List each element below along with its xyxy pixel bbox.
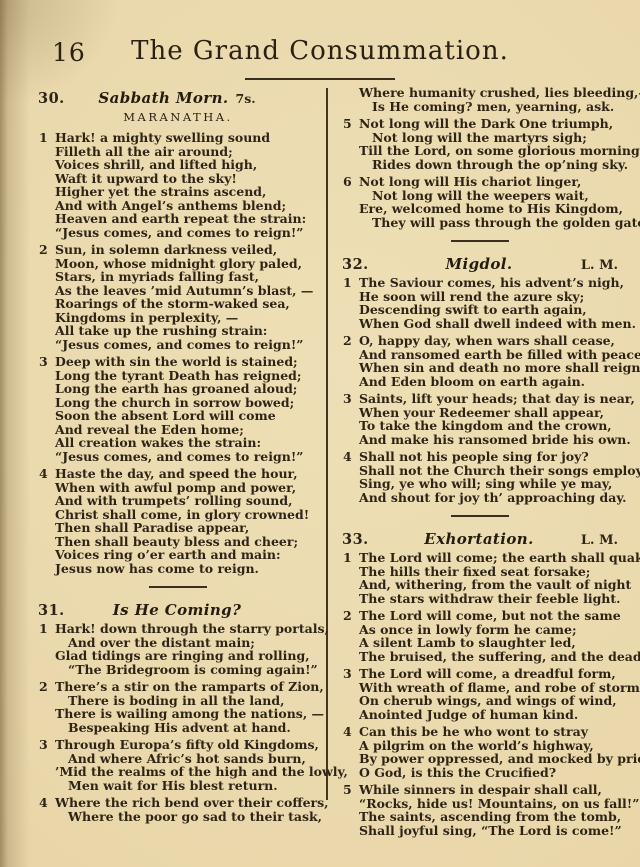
verse-line: And ransomed earth be filled with peace:	[359, 348, 618, 362]
verse: 1Hark! down through the starry portals,A…	[38, 622, 318, 676]
verse-line: And where Afric’s hot sands burn,	[55, 752, 318, 766]
verse-line: They will pass through the golden gate!	[359, 216, 618, 230]
hymn-number: 31.	[38, 602, 76, 619]
verse-number: 3	[343, 667, 352, 681]
verse-line: To take the kingdom and the crown,	[359, 419, 618, 433]
verse: 3Saints, lift your heads; that day is ne…	[342, 392, 618, 446]
verse-line: Not long will the Dark One triumph,	[359, 117, 618, 131]
verse-line: The Lord will come, but not the same	[359, 609, 618, 623]
verse-number: 2	[343, 334, 352, 348]
verse-line: Where humanity crushed, lies bleeding,—	[359, 86, 618, 100]
verse-line: When your Redeemer shall appear,	[359, 406, 618, 420]
verse-number: 1	[343, 551, 352, 565]
verse-line: Sun, in solemn darkness veiled,	[55, 243, 318, 257]
verse-number: 3	[39, 355, 48, 369]
hymn-heading: 30.Sabbath Morn.7s.	[38, 88, 318, 107]
hymn-title-group: Exhortation.	[380, 529, 578, 548]
verse-line: “Jesus comes, and comes to reign!”	[55, 338, 318, 352]
verse: 5While sinners in despair shall call,“Ro…	[342, 783, 618, 837]
verse: 4Shall not his people sing for joy?Shall…	[342, 450, 618, 504]
verse: 6Not long will His chariot linger,Not lo…	[342, 175, 618, 229]
verse-number: 6	[343, 175, 352, 189]
verse-line: By power oppressed, and mocked by pride?	[359, 752, 618, 766]
hymnal-page: 16 The Grand Consummation. 30.Sabbath Mo…	[0, 0, 640, 867]
verse-number: 4	[39, 467, 48, 481]
verse-line: Till the Lord, on some glorious morning,	[359, 144, 618, 158]
verse: Where humanity crushed, lies bleeding,—I…	[342, 86, 618, 113]
verse-line: The Lord will come, a dreadful form,	[359, 667, 618, 681]
hymn-31: 31.Is He Coming?1Hark! down through the …	[38, 600, 318, 823]
verse-number: 1	[39, 622, 48, 636]
verse: 2The Lord will come, but not the sameAs …	[342, 609, 618, 663]
verse-line: “The Bridegroom is coming again!”	[55, 663, 318, 677]
hymn-30: 30.Sabbath Morn.7s.MARANATHA.1Hark! a mi…	[38, 88, 318, 575]
verse-number: 2	[39, 680, 48, 694]
verse-line: Long the earth has groaned aloud;	[55, 382, 318, 396]
verse-line: Saints, lift your heads; that day is nea…	[359, 392, 618, 406]
verse-line: Sing, ye who will; sing while ye may,	[359, 477, 618, 491]
verse-line: ’Mid the realms of the high and the lowl…	[55, 765, 318, 779]
verse-line: Is He coming? men, yearning, ask.	[359, 100, 618, 114]
hymn-title: Is He Coming?	[113, 601, 242, 619]
verse-line: Filleth all the air around;	[55, 145, 318, 159]
verse-line: While sinners in despair shall call,	[359, 783, 618, 797]
hymn-title: Sabbath Morn.	[98, 89, 228, 107]
verse-line: And, withering, from the vault of night	[359, 578, 618, 592]
verse-line: Haste the day, and speed the hour,	[55, 467, 318, 481]
hymn-33: 33.Exhortation.L. M.1The Lord will come;…	[342, 529, 618, 837]
verse: 3The Lord will come, a dreadful form,Wit…	[342, 667, 618, 721]
verse-line: Waft it upward to the sky!	[55, 172, 318, 186]
verse-number: 3	[343, 392, 352, 406]
verse-line: There is wailing among the nations, —	[55, 707, 318, 721]
verse-line: And make his ransomed bride his own.	[359, 433, 618, 447]
verse-line: Kingdoms in perplexity, —	[55, 311, 318, 325]
hymn-title-group: Is He Coming?	[76, 600, 278, 619]
verse: 1The Lord will come; the earth shall qua…	[342, 551, 618, 605]
verse-line: The Saviour comes, his advent’s nigh,	[359, 276, 618, 290]
verse-line: Where the rich bend over their coffers,	[55, 796, 318, 810]
verse-number: 1	[343, 276, 352, 290]
verse-line: The bruised, the suffering, and the dead…	[359, 650, 618, 664]
hymn-number: 32.	[342, 256, 380, 273]
verse-line: O God, is this the Crucified?	[359, 766, 618, 780]
verse-line: Voices shrill, and lifted high,	[55, 158, 318, 172]
right-column: Where humanity crushed, lies bleeding,—I…	[342, 86, 618, 841]
verse-line: All creation wakes the strain:	[55, 436, 318, 450]
hymn-title-group: Migdol.	[380, 254, 578, 273]
verse: 1Hark! a mighty swelling soundFilleth al…	[38, 131, 318, 239]
verse-line: Higher yet the strains ascend,	[55, 185, 318, 199]
verse-line: When God shall dwell indeed with men.	[359, 317, 618, 331]
verse-line: The stars withdraw their feeble light.	[359, 592, 618, 606]
verse-line: There is boding in all the land,	[55, 694, 318, 708]
verse-line: Soon the absent Lord will come	[55, 409, 318, 423]
verse-line: As the leaves ’mid Autumn’s blast, —	[55, 284, 318, 298]
verse-line: The Lord will come; the earth shall quak…	[359, 551, 618, 565]
verse-line: On cherub wings, and wings of wind,	[359, 694, 618, 708]
verse-line: Hark! down through the starry portals,	[55, 622, 318, 636]
verse-line: When with awful pomp and power,	[55, 481, 318, 495]
verse-number: 2	[39, 243, 48, 257]
verse-line: Not long will the weepers wait,	[359, 189, 618, 203]
verse-line: And with Angel’s anthems blend;	[55, 199, 318, 213]
verse-number: 1	[39, 131, 48, 145]
verse-line: “Rocks, hide us! Mountains, on us fall!”	[359, 797, 618, 811]
verse: 2O, happy day, when wars shall cease,And…	[342, 334, 618, 388]
verse: 2Sun, in solemn darkness veiled,Moon, wh…	[38, 243, 318, 351]
verse-line: And with trumpets’ rolling sound,	[55, 494, 318, 508]
section-divider-rule	[451, 515, 509, 517]
verse-line: And shout for joy th’ approaching day.	[359, 491, 618, 505]
verse-line: Not long will the martyrs sigh;	[359, 131, 618, 145]
verse-line: The saints, ascending from the tomb,	[359, 810, 618, 824]
verse-line: Christ shall come, in glory crowned!	[55, 508, 318, 522]
verse: 4Haste the day, and speed the hour,When …	[38, 467, 318, 575]
verse-line: Where the poor go sad to their task,	[55, 810, 318, 824]
verse-line: There’s a stir on the ramparts of Zion,	[55, 680, 318, 694]
hymn-continuation: Where humanity crushed, lies bleeding,—I…	[342, 86, 618, 229]
verse-line: The hills their fixed seat forsake;	[359, 565, 618, 579]
verse-line: Moon, whose midnight glory paled,	[55, 257, 318, 271]
verse-line: Hark! a mighty swelling sound	[55, 131, 318, 145]
verse: 2There’s a stir on the ramparts of Zion,…	[38, 680, 318, 734]
verse-line: A silent Lamb to slaughter led,	[359, 636, 618, 650]
title-rule	[245, 78, 395, 80]
hymn-number: 30.	[38, 90, 76, 107]
verse-line: Jesus now has come to reign.	[55, 562, 318, 576]
verse: 5Not long will the Dark One triumph,Not …	[342, 117, 618, 171]
verse: 4Where the rich bend over their coffers,…	[38, 796, 318, 823]
verse-number: 4	[343, 450, 352, 464]
hymn-number: 33.	[342, 531, 380, 548]
verse-line: He soon will rend the azure sky;	[359, 290, 618, 304]
verse-line: Then shall Paradise appear,	[55, 521, 318, 535]
verse: 3Through Europa’s fifty old Kingdoms,And…	[38, 738, 318, 792]
verse-line: Then shall beauty bless and cheer;	[55, 535, 318, 549]
verse-line: Rides down through the op’ning sky.	[359, 158, 618, 172]
verse-line: Glad tidings are ringing and rolling,	[55, 649, 318, 663]
verse-line: Can this be he who wont to stray	[359, 725, 618, 739]
column-divider-rule	[326, 88, 328, 800]
hymn-meter: L. M.	[578, 533, 618, 548]
verse-line: Through Europa’s fifty old Kingdoms,	[55, 738, 318, 752]
verse-line: A pilgrim on the world’s highway,	[359, 739, 618, 753]
verse-line: Heaven and earth repeat the strain:	[55, 212, 318, 226]
verse-line: All take up the rushing strain:	[55, 324, 318, 338]
hymn-title: Exhortation.	[424, 530, 533, 548]
page-title: The Grand Consummation.	[0, 36, 640, 66]
verse-line: Bespeaking His advent at hand.	[55, 721, 318, 735]
verse-line: Ere, welcomed home to His Kingdom,	[359, 202, 618, 216]
verse-line: Anointed Judge of human kind.	[359, 708, 618, 722]
verse: 1The Saviour comes, his advent’s nigh,He…	[342, 276, 618, 330]
tune-name: MARANATHA.	[38, 110, 318, 124]
verse-line: Shall not his people sing for joy?	[359, 450, 618, 464]
hymn-title-group: Sabbath Morn.7s.	[76, 88, 278, 107]
verse-line: Men wait for His blest return.	[55, 779, 318, 793]
verse-line: Deep with sin the world is stained;	[55, 355, 318, 369]
verse-number: 4	[343, 725, 352, 739]
verse-line: O, happy day, when wars shall cease,	[359, 334, 618, 348]
verse-line: And reveal the Eden home;	[55, 423, 318, 437]
left-column: 30.Sabbath Morn.7s.MARANATHA.1Hark! a mi…	[38, 86, 318, 827]
verse-number: 2	[343, 609, 352, 623]
verse-number: 5	[343, 783, 352, 797]
verse-line: Long the church in sorrow bowed;	[55, 396, 318, 410]
hymn-meter: 7s.	[236, 91, 256, 106]
verse: 4Can this be he who wont to strayA pilgr…	[342, 725, 618, 779]
verse-line: And Eden bloom on earth again.	[359, 375, 618, 389]
verse-line: Roarings of the storm-waked sea,	[55, 297, 318, 311]
verse-line: Not long will His chariot linger,	[359, 175, 618, 189]
verse-line: Voices ring o’er earth and main:	[55, 548, 318, 562]
verse-line: Shall not the Church their songs employ?	[359, 464, 618, 478]
verse-line: “Jesus comes, and comes to reign!”	[55, 450, 318, 464]
verse-number: 5	[343, 117, 352, 131]
verse-line: Stars, in myriads falling fast,	[55, 270, 318, 284]
verse-line: With wreath of flame, and robe of storm,	[359, 681, 618, 695]
verse-line: And over the distant main;	[55, 636, 318, 650]
hymn-heading: 32.Migdol.L. M.	[342, 254, 618, 273]
hymn-title: Migdol.	[445, 255, 512, 273]
hymn-meter: L. M.	[578, 258, 618, 273]
hymn-32: 32.Migdol.L. M.1The Saviour comes, his a…	[342, 254, 618, 504]
section-divider-rule	[149, 586, 207, 588]
verse-line: As once in lowly form he came;	[359, 623, 618, 637]
verse-number: 4	[39, 796, 48, 810]
section-divider-rule	[451, 240, 509, 242]
verse: 3Deep with sin the world is stained;Long…	[38, 355, 318, 463]
verse-line: When sin and death no more shall reign,	[359, 361, 618, 375]
hymn-heading: 31.Is He Coming?	[38, 600, 318, 619]
verse-line: Descending swift to earth again,	[359, 303, 618, 317]
hymn-heading: 33.Exhortation.L. M.	[342, 529, 618, 548]
verse-number: 3	[39, 738, 48, 752]
verse-line: Shall joyful sing, “The Lord is come!”	[359, 824, 618, 838]
verse-line: Long the tyrant Death has reigned;	[55, 369, 318, 383]
verse-line: “Jesus comes, and comes to reign!”	[55, 226, 318, 240]
